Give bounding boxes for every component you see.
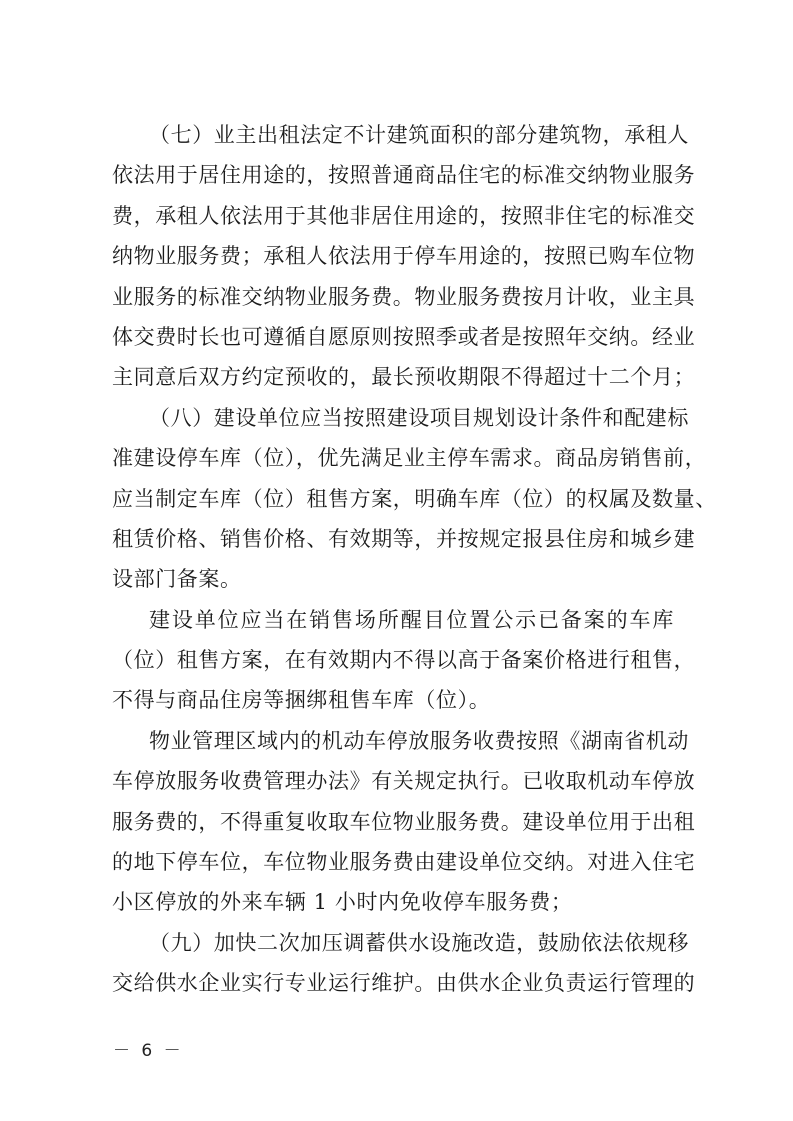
page-number: － 6 － [113, 1036, 184, 1061]
text-line: 物业管理区域内的机动车停放服务收费按照《湖南省机动 [112, 721, 674, 761]
document-body: （七）业主出租法定不计建筑面积的部分建筑物，承租人 依法用于居住用途的，按照普通… [112, 115, 674, 1004]
text-line: 依法用于居住用途的，按照普通商品住宅的标准交纳物业服务 [112, 155, 674, 195]
text-line: （八）建设单位应当按照建设项目规划设计条件和配建标 [112, 398, 674, 438]
text-line: 准建设停车库（位），优先满足业主停车需求。商品房销售前， [112, 438, 674, 478]
text-line: 业服务的标准交纳物业服务费。物业服务费按月计收，业主具 [112, 277, 674, 317]
text-line: 主同意后双方约定预收的，最长预收期限不得超过十二个月； [112, 357, 674, 397]
text-line: 不得与商品住房等捆绑租售车库（位）。 [112, 680, 674, 720]
text-line: 小区停放的外来车辆 1 小时内免收停车服务费； [112, 882, 674, 922]
text-line: 设部门备案。 [112, 559, 674, 599]
text-line: 费，承租人依法用于其他非居住用途的，按照非住宅的标准交 [112, 196, 674, 236]
text-line: 车停放服务收费管理办法》有关规定执行。已收取机动车停放 [112, 761, 674, 801]
text-line: 服务费的，不得重复收取车位物业服务费。建设单位用于出租 [112, 802, 674, 842]
text-line: 交给供水企业实行专业运行维护。由供水企业负责运行管理的 [112, 963, 674, 1003]
text-line: 应当制定车库（位）租售方案，明确车库（位）的权属及数量、 [112, 479, 674, 519]
text-line: （七）业主出租法定不计建筑面积的部分建筑物，承租人 [112, 115, 674, 155]
text-line: 租赁价格、销售价格、有效期等，并按规定报县住房和城乡建 [112, 519, 674, 559]
text-line: 建设单位应当在销售场所醒目位置公示已备案的车库 [112, 600, 674, 640]
text-line: 纳物业服务费；承租人依法用于停车用途的，按照已购车位物 [112, 236, 674, 276]
document-page: （七）业主出租法定不计建筑面积的部分建筑物，承租人 依法用于居住用途的，按照普通… [0, 0, 793, 1121]
text-line: 的地下停车位，车位物业服务费由建设单位交纳。对进入住宅 [112, 842, 674, 882]
text-line: （九）加快二次加压调蓄供水设施改造，鼓励依法依规移 [112, 923, 674, 963]
text-line: （位）租售方案，在有效期内不得以高于备案价格进行租售， [112, 640, 674, 680]
text-line: 体交费时长也可遵循自愿原则按照季或者是按照年交纳。经业 [112, 317, 674, 357]
